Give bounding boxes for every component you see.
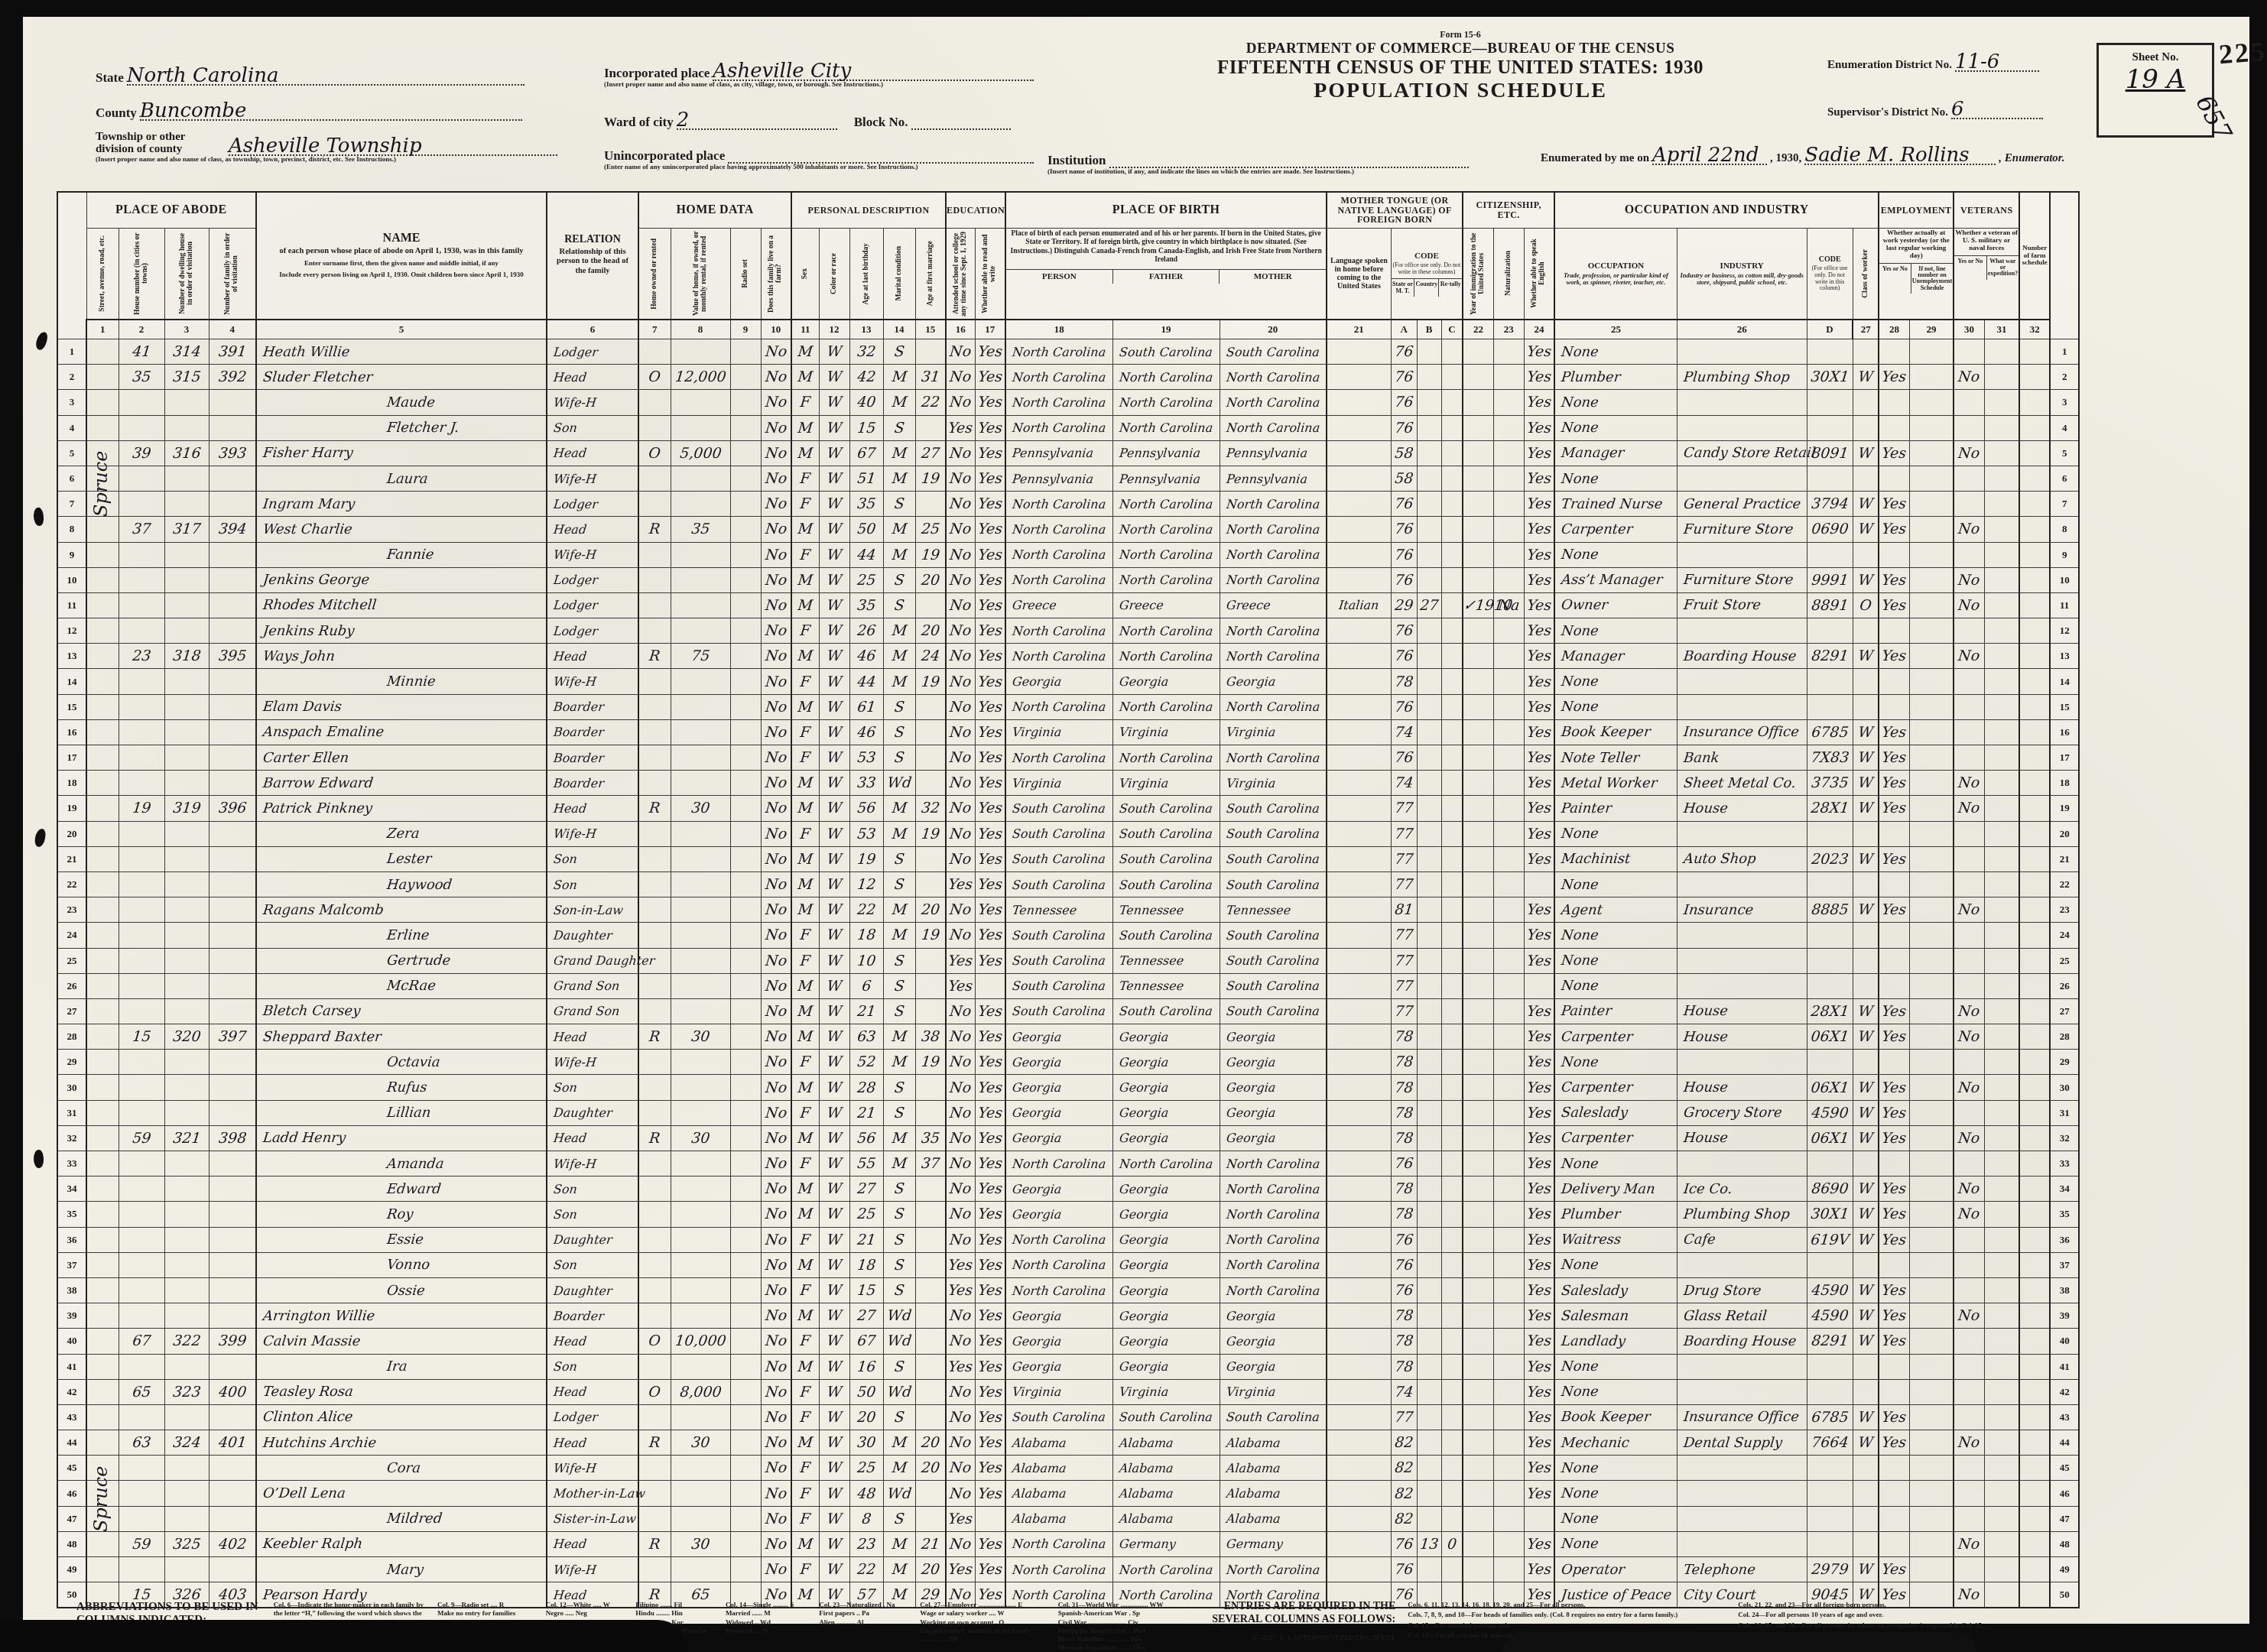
handwritten-pobf: Georgia: [1112, 1080, 1220, 1095]
handwritten-pobm: South Carolina: [1220, 345, 1327, 359]
handwritten-pobf: Alabama: [1112, 1486, 1220, 1501]
handwritten-occ: Carpenter: [1554, 1130, 1678, 1146]
handwritten-dwell: 322: [164, 1332, 209, 1349]
cell-dwell: [164, 871, 209, 897]
handwritten-race: W: [818, 876, 849, 893]
handwritten-val: 30: [670, 800, 730, 816]
cell-agem: 19: [915, 542, 946, 567]
handwritten-ca: 77: [1390, 851, 1417, 868]
handwritten-ca: 78: [1390, 1105, 1417, 1121]
cell-work: [1879, 1151, 1909, 1177]
cell-cb: [1417, 1125, 1441, 1151]
line-number-right: 18: [2050, 771, 2079, 796]
cell-eng: Yes: [1524, 1329, 1554, 1354]
handwritten-farm: No: [760, 647, 791, 664]
cell-cc: [1441, 1481, 1463, 1506]
cell-age: 53: [849, 745, 883, 771]
cell-radio: [730, 821, 761, 846]
handwritten-vet: No: [1954, 445, 1985, 462]
cell-nat: [1493, 542, 1524, 567]
handwritten-ca: 76: [1390, 699, 1417, 716]
column-number: 21: [1327, 320, 1391, 339]
cell-work: Yes: [1879, 897, 1909, 923]
handwritten-fam: 402: [208, 1536, 256, 1553]
handwritten-indus: Dental Supply: [1677, 1435, 1807, 1451]
column-farm-schedule-header: Number of farm schedule: [2019, 192, 2050, 320]
handwritten-sch: No: [946, 1079, 976, 1096]
cell-war: [1984, 365, 2019, 390]
cell-war: [1984, 1303, 2019, 1329]
handwritten-name: Gertrude: [256, 953, 547, 969]
table-row: 37VonnoSonNoMW18SYesYesNorth CarolinaGeo…: [57, 1252, 2079, 1277]
handwritten-read: Yes: [974, 1409, 1005, 1426]
line-number-left: 21: [57, 846, 86, 871]
column-number: 9: [730, 320, 761, 339]
enumerated-suffix: , Enumerator.: [1999, 152, 2064, 164]
handwritten-pobf: North Carolina: [1112, 624, 1220, 638]
handwritten-ca: 77: [1390, 1003, 1417, 1020]
cell-cw: W: [1853, 1227, 1879, 1252]
cell-sch: Yes: [946, 1506, 975, 1531]
cell-war: [1984, 1531, 2019, 1556]
handwritten-house: 63: [118, 1434, 164, 1451]
cell-vet: No: [1954, 365, 1984, 390]
handwritten-mar: M: [882, 1053, 915, 1070]
cell-street: [86, 998, 119, 1024]
handwritten-cw: O: [1853, 597, 1879, 614]
cell-rel: Daughter: [547, 1277, 638, 1303]
cell-code: 8091: [1807, 440, 1853, 466]
cell-sch: No: [946, 542, 975, 567]
cell-radio: [730, 719, 761, 745]
cell-pobm: Georgia: [1220, 1075, 1327, 1100]
cell-indus: [1677, 1506, 1807, 1531]
cell-fam: [209, 1100, 256, 1125]
handwritten-ca: 76: [1390, 1536, 1417, 1553]
cell-war: [1984, 390, 2019, 415]
cell-ln: [1909, 365, 1954, 390]
cell-agem: 35: [915, 1125, 946, 1151]
handwritten-code: 28X1: [1807, 1003, 1853, 1020]
handwritten-race: W: [818, 1028, 849, 1045]
cell-age: 27: [849, 1177, 883, 1202]
handwritten-occ: Machinist: [1554, 851, 1678, 867]
cell-fs: [2019, 771, 2050, 796]
handwritten-pobm: North Carolina: [1220, 1182, 1327, 1196]
cell-occ: Book Keeper: [1554, 719, 1677, 745]
cell-read: Yes: [975, 542, 1005, 567]
handwritten-pobm: North Carolina: [1220, 1157, 1327, 1171]
handwritten-race: W: [818, 1282, 849, 1299]
cell-pob: South Carolina: [1005, 998, 1112, 1024]
column-number: 24: [1524, 320, 1554, 339]
line-number-corner-left: [57, 192, 86, 339]
handwritten-pob: North Carolina: [1005, 1232, 1112, 1247]
cell-house: 19: [119, 796, 164, 821]
cell-fs: [2019, 669, 2050, 694]
cell-val: [671, 339, 730, 365]
cell-agem: 20: [915, 567, 946, 592]
cell-name: Teasley Rosa: [256, 1379, 547, 1404]
handwritten-read: Yes: [974, 521, 1005, 537]
cell-occ: Carpenter: [1554, 517, 1677, 542]
column-number: 14: [883, 320, 915, 339]
cell-pob: Greece: [1005, 592, 1112, 618]
cell-read: Yes: [975, 669, 1005, 694]
cell-imm: [1463, 771, 1493, 796]
handwritten-pobf: North Carolina: [1112, 699, 1220, 714]
handwritten-vet: No: [1954, 1180, 1985, 1197]
cell-ln: [1909, 415, 1954, 440]
handwritten-code: 0690: [1807, 521, 1853, 537]
cell-cc: [1441, 1227, 1463, 1252]
handwritten-pob: North Carolina: [1005, 370, 1112, 385]
cell-own: [638, 1506, 671, 1531]
handwritten-mar: M: [882, 927, 915, 943]
handwritten-mar: M: [882, 647, 915, 664]
cell-vet: [1954, 1557, 1984, 1582]
handwritten-house: 59: [118, 1536, 164, 1553]
cell-ca: 78: [1391, 1202, 1417, 1227]
handwritten-rel: Son: [547, 1258, 638, 1272]
cell-tongue: [1327, 897, 1391, 923]
handwritten-pobm: North Carolina: [1220, 395, 1327, 410]
handwritten-sch: No: [946, 1206, 976, 1222]
cell-indus: Plumbing Shop: [1677, 1202, 1807, 1227]
handwritten-code: 4590: [1807, 1307, 1853, 1324]
handwritten-read: Yes: [974, 774, 1005, 791]
handwritten-read: Yes: [974, 1105, 1005, 1121]
cell-mar: S: [883, 592, 915, 618]
handwritten-ca: 77: [1390, 876, 1417, 893]
handwritten-eng: Yes: [1523, 1257, 1554, 1274]
handwritten-code: 7X83: [1807, 749, 1853, 766]
cell-age: 50: [849, 517, 883, 542]
handwritten-code: 6785: [1807, 1409, 1853, 1426]
cell-agem: 32: [915, 796, 946, 821]
cell-cw: W: [1853, 567, 1879, 592]
cell-fs: [2019, 1177, 2050, 1202]
cell-cb: [1417, 1379, 1441, 1404]
handwritten-pobm: Georgia: [1220, 1334, 1327, 1349]
handwritten-mar: Wd: [882, 1485, 915, 1502]
cell-ln: [1909, 1075, 1954, 1100]
cell-race: W: [819, 1379, 849, 1404]
handwritten-cw: W: [1853, 368, 1879, 385]
handwritten-name: Bletch Carsey: [256, 1003, 547, 1019]
line-number-right: 27: [2050, 998, 2079, 1024]
handwritten-imm: ✓1910: [1463, 597, 1494, 614]
cell-vet: [1954, 1277, 1984, 1303]
cell-ca: 76: [1391, 390, 1417, 415]
table-row: 2815320397Sheppard BaxterHeadR30NoMW63M3…: [57, 1024, 2079, 1050]
handwritten-eng: Yes: [1523, 1180, 1554, 1197]
cell-age: 42: [849, 365, 883, 390]
handwritten-pobm: North Carolina: [1220, 497, 1327, 511]
handwritten-eng: Yes: [1523, 495, 1554, 512]
cell-eng: Yes: [1524, 466, 1554, 491]
handwritten-dwell: 315: [164, 368, 209, 385]
handwritten-pobf: Pennsylvania: [1112, 446, 1220, 460]
handwritten-vet: No: [1954, 368, 1985, 385]
handwritten-occ: Manager: [1554, 648, 1678, 664]
cell-tongue: [1327, 1075, 1391, 1100]
cell-vet: [1954, 339, 1984, 365]
abbrev-block-7: Col. 27—Employer ...................... …: [920, 1601, 1045, 1644]
cell-rel: Wife-H: [547, 1050, 638, 1075]
cell-occ: None: [1554, 973, 1677, 998]
line-number-right: 20: [2050, 821, 2079, 846]
cell-agem: 38: [915, 1024, 946, 1050]
cell-rel: Mother-in-Law: [547, 1481, 638, 1506]
col-street-desc: Street, avenue, road, etc.: [86, 229, 119, 320]
cell-rel: Head: [547, 796, 638, 821]
handwritten-work: Yes: [1879, 800, 1910, 816]
handwritten-code: 2023: [1807, 851, 1853, 868]
cell-read: Yes: [975, 339, 1005, 365]
handwritten-code: 28X1: [1807, 800, 1853, 816]
line-number-left: 35: [57, 1202, 86, 1227]
cell-pobm: North Carolina: [1220, 1277, 1327, 1303]
cell-radio: [730, 973, 761, 998]
handwritten-pobf: North Carolina: [1112, 370, 1220, 385]
cell-war: [1984, 415, 2019, 440]
cell-war: [1984, 1404, 2019, 1430]
handwritten-own: O: [638, 368, 671, 385]
handwritten-mar: M: [882, 547, 915, 563]
cell-farm: No: [761, 1100, 791, 1125]
cell-own: [638, 339, 671, 365]
cell-code: [1807, 339, 1853, 365]
cell-fam: [209, 771, 256, 796]
cell-rel: Boarder: [547, 745, 638, 771]
cell-race: W: [819, 1303, 849, 1329]
handwritten-age: 22: [849, 1561, 883, 1578]
handwritten-name: Roy: [256, 1206, 547, 1222]
cell-ln: [1909, 1303, 1954, 1329]
handwritten-sex: M: [791, 521, 820, 537]
handwritten-name: Fisher Harry: [256, 445, 547, 461]
handwritten-sch: No: [946, 368, 976, 385]
cell-fs: [2019, 1303, 2050, 1329]
handwritten-mar: S: [882, 953, 915, 969]
handwritten-eng: Yes: [1523, 1282, 1554, 1299]
cell-street: [86, 897, 119, 923]
cell-eng: [1524, 871, 1554, 897]
cell-sch: No: [946, 1125, 975, 1151]
cell-work: Yes: [1879, 1075, 1909, 1100]
handwritten-ca: 76: [1390, 343, 1417, 360]
cell-fam: [209, 669, 256, 694]
line-number-left: 25: [57, 948, 86, 973]
ink-mark: [33, 1149, 44, 1168]
cell-nat: [1493, 567, 1524, 592]
cell-occ: Plumber: [1554, 1202, 1677, 1227]
cell-eng: Yes: [1524, 998, 1554, 1024]
handwritten-race: W: [818, 1358, 849, 1375]
cell-agem: 27: [915, 440, 946, 466]
cell-pobm: North Carolina: [1220, 517, 1327, 542]
cell-radio: [730, 871, 761, 897]
cell-own: [638, 1481, 671, 1506]
cell-work: [1879, 973, 1909, 998]
handwritten-agem: 37: [914, 1155, 946, 1172]
handwritten-pob: Georgia: [1005, 1309, 1112, 1323]
table-row: 14MinnieWife-HNoFW44M19NoYesGeorgiaGeorg…: [57, 669, 2079, 694]
cell-age: 67: [849, 1329, 883, 1354]
cell-fam: 402: [209, 1531, 256, 1556]
handwritten-sch: Yes: [946, 1358, 976, 1375]
cell-fs: [2019, 1506, 2050, 1531]
line-number-left: 18: [57, 771, 86, 796]
cell-val: [671, 1227, 730, 1252]
cell-age: 51: [849, 466, 883, 491]
column-number: 30: [1954, 320, 1984, 339]
cell-own: O: [638, 1329, 671, 1354]
handwritten-name: Anspach Emaline: [256, 724, 547, 740]
cell-tongue: [1327, 644, 1391, 669]
handwritten-race: W: [818, 1105, 849, 1121]
cell-work: [1879, 390, 1909, 415]
cell-street: [86, 745, 119, 771]
line-number-left: 24: [57, 923, 86, 948]
cell-mar: S: [883, 1177, 915, 1202]
cell-ln: [1909, 390, 1954, 415]
cell-agem: [915, 1177, 946, 1202]
cell-ln: [1909, 694, 1954, 719]
handwritten-sch: No: [946, 495, 976, 512]
cell-radio: [730, 542, 761, 567]
cell-pobm: Georgia: [1220, 669, 1327, 694]
cell-pob: Alabama: [1005, 1481, 1112, 1506]
column-relation-header: RELATION Relationship of this person to …: [547, 192, 638, 320]
cell-nat: [1493, 719, 1524, 745]
cell-fam: [209, 492, 256, 517]
cell-cc: [1441, 517, 1463, 542]
handwritten-cw: W: [1853, 800, 1879, 816]
cell-tongue: [1327, 719, 1391, 745]
cell-cb: [1417, 1303, 1441, 1329]
handwritten-pobm: Georgia: [1220, 1055, 1327, 1069]
cell-sch: No: [946, 1151, 975, 1177]
cell-code: 4590: [1807, 1277, 1853, 1303]
cell-cb: [1417, 1557, 1441, 1582]
handwritten-rel: Lodger: [547, 624, 638, 638]
cell-occ: Metal Worker: [1554, 771, 1677, 796]
handwritten-sex: M: [791, 343, 820, 360]
handwritten-race: W: [818, 1130, 849, 1147]
column-number: 16: [946, 320, 975, 339]
line-number-right: 12: [2050, 618, 2079, 644]
cell-house: [119, 771, 164, 796]
cell-house: [119, 567, 164, 592]
handwritten-name: Ingram Mary: [256, 496, 547, 512]
employment-subheaders: Yes or No If not, line number on Unemplo…: [1879, 263, 1953, 294]
handwritten-ca: 78: [1390, 1130, 1417, 1147]
cell-ca: 74: [1391, 1379, 1417, 1404]
cell-age: 21: [849, 998, 883, 1024]
handwritten-eng: Yes: [1523, 1536, 1554, 1553]
cell-street: [86, 1329, 119, 1354]
handwritten-cw: W: [1853, 495, 1879, 512]
township-value: Asheville Township: [229, 135, 422, 157]
cell-tongue: [1327, 771, 1391, 796]
cell-farm: No: [761, 973, 791, 998]
cell-pobm: Georgia: [1220, 1303, 1327, 1329]
cell-own: [638, 871, 671, 897]
column-number: 1: [86, 320, 119, 339]
cell-indus: [1677, 415, 1807, 440]
cell-pob: North Carolina: [1005, 1151, 1112, 1177]
handwritten-indus: Insurance Office: [1677, 1409, 1807, 1425]
column-number: 5: [256, 320, 547, 339]
handwritten-read: Yes: [974, 368, 1005, 385]
cell-sch: No: [946, 719, 975, 745]
cell-war: [1984, 669, 2019, 694]
handwritten-mar: S: [882, 1105, 915, 1121]
handwritten-occ: None: [1554, 1485, 1678, 1501]
cell-dwell: [164, 923, 209, 948]
cell-sch: No: [946, 1379, 975, 1404]
handwritten-dwell: 323: [164, 1384, 209, 1400]
handwritten-age: 35: [849, 495, 883, 512]
handwritten-sch: No: [946, 1409, 976, 1426]
handwritten-farm: No: [760, 1130, 791, 1147]
cell-fs: [2019, 897, 2050, 923]
cell-pob: North Carolina: [1005, 1252, 1112, 1277]
handwritten-age: 8: [849, 1511, 883, 1527]
handwritten-work: Yes: [1879, 851, 1910, 868]
handwritten-farm: No: [760, 1332, 791, 1349]
handwritten-pob: North Carolina: [1005, 699, 1112, 714]
handwritten-pob: Alabama: [1005, 1486, 1112, 1501]
cell-ca: 82: [1391, 1481, 1417, 1506]
handwritten-ca: 82: [1390, 1485, 1417, 1502]
handwritten-sch: No: [946, 1434, 976, 1451]
cell-fam: [209, 1075, 256, 1100]
handwritten-farm: No: [760, 673, 791, 690]
line-number-right: 35: [2050, 1202, 2079, 1227]
cell-fs: [2019, 1354, 2050, 1379]
handwritten-sch: No: [946, 901, 976, 918]
handwritten-cw: W: [1853, 851, 1879, 868]
handwritten-dwell: 316: [164, 445, 209, 462]
handwritten-mar: M: [882, 1434, 915, 1451]
handwritten-rel: Lodger: [547, 497, 638, 511]
cell-dwell: [164, 1100, 209, 1125]
handwritten-race: W: [818, 699, 849, 716]
handwritten-pob: Georgia: [1005, 1182, 1112, 1196]
cell-house: 63: [119, 1430, 164, 1456]
line-number-right: 11: [2050, 592, 2079, 618]
line-number-right: 19: [2050, 796, 2079, 821]
cell-ca: 77: [1391, 998, 1417, 1024]
cell-pob: Virginia: [1005, 1379, 1112, 1404]
cell-cw: [1853, 1151, 1879, 1177]
cell-race: W: [819, 1125, 849, 1151]
cell-sex: F: [791, 669, 819, 694]
cell-cc: [1441, 1151, 1463, 1177]
cell-rel: Lodger: [547, 492, 638, 517]
cell-sex: M: [791, 592, 819, 618]
cell-work: Yes: [1879, 1557, 1909, 1582]
cell-sch: Yes: [946, 1354, 975, 1379]
cell-house: [119, 390, 164, 415]
cell-street: [86, 1177, 119, 1202]
line-number-right: 10: [2050, 567, 2079, 592]
cell-read: Yes: [975, 745, 1005, 771]
handwritten-pobm: South Carolina: [1220, 852, 1327, 866]
